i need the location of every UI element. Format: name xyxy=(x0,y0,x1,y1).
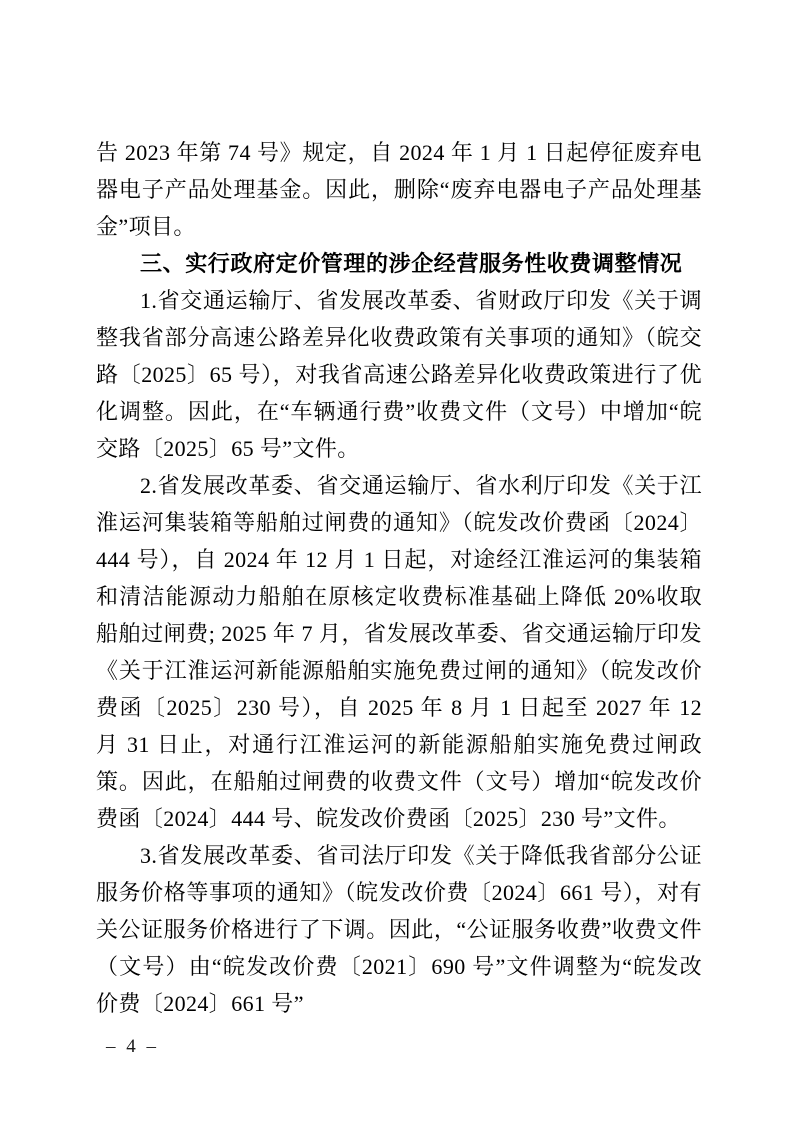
paragraph: 告 2023 年第 74 号》规定，自 2024 年 1 月 1 日起停征废弃电… xyxy=(96,134,702,245)
section-heading: 三、实行政府定价管理的涉企经营服务性收费调整情况 xyxy=(96,245,702,282)
page-number: – 4 – xyxy=(106,1036,159,1058)
paragraph: 2.省发展改革委、省交通运输厅、省水利厅印发《关于江淮运河集装箱等船舶过闸费的通… xyxy=(96,467,702,837)
paragraph: 3.省发展改革委、省司法厅印发《关于降低我省部分公证服务价格等事项的通知》（皖发… xyxy=(96,837,702,1022)
paragraph: 1.省交通运输厅、省发展改革委、省财政厅印发《关于调整我省部分高速公路差异化收费… xyxy=(96,282,702,467)
document-page: 告 2023 年第 74 号》规定，自 2024 年 1 月 1 日起停征废弃电… xyxy=(0,0,793,1122)
document-body: 告 2023 年第 74 号》规定，自 2024 年 1 月 1 日起停征废弃电… xyxy=(96,134,702,1022)
